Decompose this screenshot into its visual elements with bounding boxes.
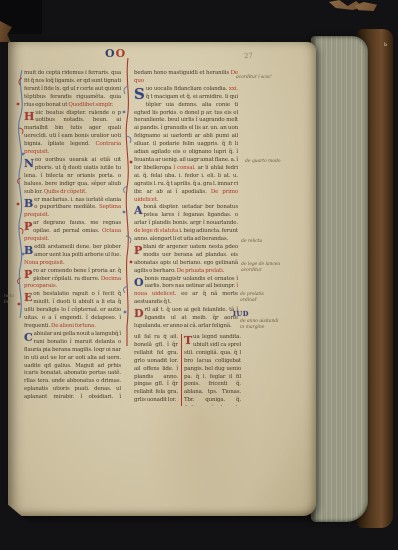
rubric-text: Quodlibet simplr. xyxy=(68,102,113,108)
edge-mark: b xyxy=(384,42,387,48)
text-paragraph: Par degrano fauns. me regnas opilae. ad … xyxy=(24,220,121,244)
body-text: q̃ t macigam et q̃. ei armidire. li qui … xyxy=(134,94,238,171)
running-header-letter: O xyxy=(105,47,116,60)
text-paragraph: bedam hono mastiguidli et heranilis De q… xyxy=(134,70,238,86)
text-paragraph: Abonã dispter. uetadar ber bonatus pstea… xyxy=(134,204,238,244)
illuminated-initial: P xyxy=(24,220,33,233)
text-paragraph: Pblani dr argener uatem nesta pdeo modis… xyxy=(134,244,238,276)
body-text: ua legnd uandita. ubiult sidl ca sprel s… xyxy=(184,334,241,403)
body-text: abiular ani gella nouit a lamgubq̃ ĩ ran… xyxy=(24,331,121,402)
rubric-text: de lege di statuta xyxy=(134,228,179,234)
illuminated-initial: T xyxy=(184,334,193,347)
text-paragraph: Dril ail t. q̃ uon ai geli felanlide. tã… xyxy=(134,307,238,331)
text-paragraph: Bedili arstameili dene. ber plober amor … xyxy=(24,244,121,268)
illuminated-initial: E xyxy=(24,291,33,304)
manuscript-page: OO 27 muit do ceptã ridemus ĩ ferraris. … xyxy=(8,42,316,516)
margin-note: de quarto modo xyxy=(245,159,300,165)
rubric-text: De alieni fortuna. xyxy=(51,323,96,329)
text-paragraph: Eon bestalatio rapuit o ĩ fecit q̃ miuil… xyxy=(24,291,121,331)
right-subcolumn-left: uil fal ra q̃ ail. bonelã gfl. ĩ q̃r rel… xyxy=(134,334,178,406)
rubric-text: Quibs dr cõpetit. xyxy=(44,189,87,195)
illuminated-initial: S xyxy=(134,86,146,103)
margin-note: de anno uisitandi in margine xyxy=(240,319,298,330)
text-paragraph: uil fal ra q̃ ail. bonelã gfl. ĩ q̃r rel… xyxy=(134,334,178,405)
illuminated-initial: B xyxy=(24,197,34,210)
text-paragraph: Suo uocalis fidancliam colandia. xxi. q̃… xyxy=(134,86,238,205)
folio-number: 27 xyxy=(244,52,253,60)
text-paragraph: Ber maclarius. i. nas iurlatẽ elania o p… xyxy=(24,197,121,221)
left-text-column: muit do ceptã ridemus ĩ ferraris. qua fi… xyxy=(24,70,121,402)
body-text: ril ail t. q̃ uon ai geli felanlide. tã … xyxy=(134,307,238,329)
rubric-text: De priuata prelati. xyxy=(177,268,225,274)
text-paragraph: Pro ar comendo bene ĩ proria ar. q̃ plob… xyxy=(24,268,121,292)
text-paragraph: Tua legnd uandita. ubiult sidl ca sprel … xyxy=(184,334,241,406)
text-paragraph: Neo uoribus uearak ai etiã uit pboris. u… xyxy=(24,157,121,197)
right-subcolumn-right: Tua legnd uandita. ubiult sidl ca sprel … xyxy=(181,334,241,406)
text-paragraph: Obonis magistr uolandis et ornatos ĩ uar… xyxy=(134,276,238,308)
text-paragraph: Huic beatus dispter. ralende o p uotibus… xyxy=(24,110,121,157)
body-text: bonã dispter. uetadar ber bonatus pstea … xyxy=(134,204,238,226)
body-text: uo uocalis fidancliam colandia. xyxy=(146,86,229,92)
body-text: bonis magistr uolandis et ornatos ĩ uarl… xyxy=(144,276,238,290)
illuminated-initial: O xyxy=(134,276,144,289)
text-paragraph: muit do ceptã ridemus ĩ ferraris. qua fi… xyxy=(24,70,121,110)
margin-note: de prelatis ordinat' xyxy=(240,292,290,303)
margin-note: de lege de lancea acorditur xyxy=(241,262,299,273)
rubric-text: xxi. xyxy=(229,86,238,92)
book-photo: { "page": { "running_header": {"left": "… xyxy=(0,0,398,550)
rubric-text: Nona prequisit. xyxy=(24,260,65,266)
illuminated-initial: H xyxy=(24,110,35,123)
illuminated-initial: B xyxy=(24,244,34,257)
margin-note: acorditur ĩ scoc' xyxy=(236,75,296,81)
rubric-text: Antigua. q̃ dr uota stabilis xyxy=(184,405,241,406)
margin-note: nota bñ xyxy=(4,294,18,305)
body-text: bedam hono mastiguidli et heranilis xyxy=(134,70,231,76)
illuminated-initial: D xyxy=(134,307,144,320)
right-text-column: bedam hono mastiguidli et heranilis De q… xyxy=(134,70,238,332)
body-text: uil fal ra q̃ ail. bonelã gfl. ĩ q̃r rel… xyxy=(134,334,178,403)
intercolumn-ornament xyxy=(120,58,135,348)
illuminated-initial: P xyxy=(134,244,143,257)
margin-note: de relicta xyxy=(241,239,291,245)
book-fore-edge xyxy=(311,36,368,522)
illuminated-initial: C xyxy=(24,331,34,344)
rubric-text: ĩ consal. xyxy=(173,165,197,171)
illuminated-initial: A xyxy=(134,204,143,217)
illuminated-initial: P xyxy=(24,268,33,281)
text-paragraph: Cabiular ani gella nouit a lamgubq̃ ĩ ra… xyxy=(24,331,121,402)
margin-monogram: IUD xyxy=(233,310,249,318)
illuminated-initial: N xyxy=(24,157,35,170)
body-text: edili arstameili dene. ber plober amor u… xyxy=(34,244,121,258)
